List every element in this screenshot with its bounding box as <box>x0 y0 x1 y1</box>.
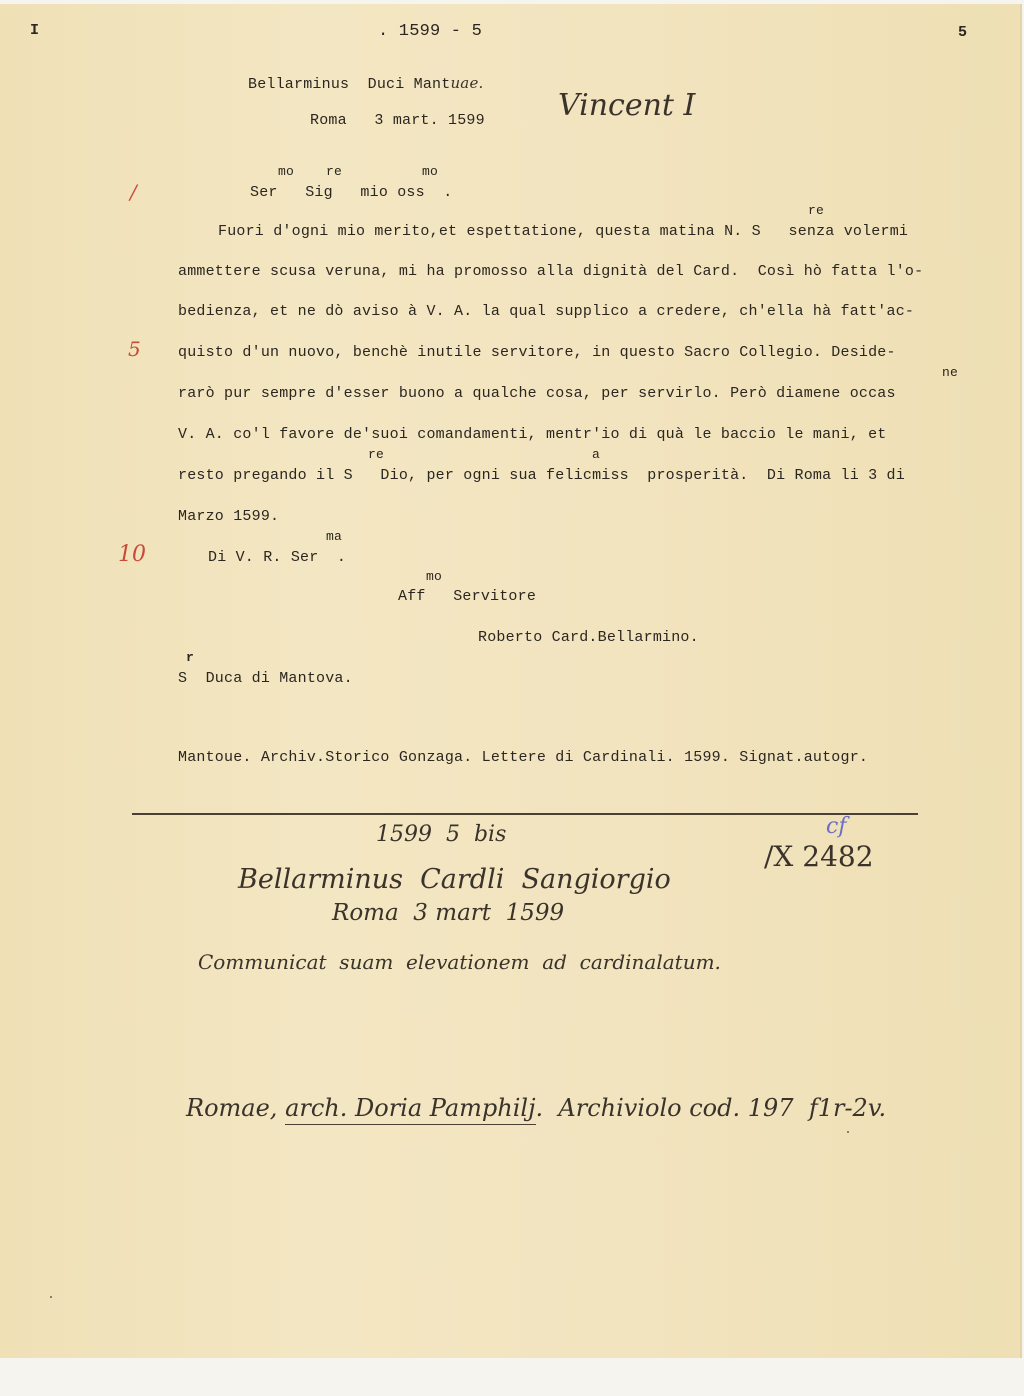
source-note: Mantoue. Archiv.Storico Gonzaga. Lettere… <box>178 749 868 766</box>
body-line-8: Marzo 1599. <box>178 508 279 525</box>
superscript: re <box>808 203 824 218</box>
margin-line-5: 5 <box>128 337 141 361</box>
hand-ref: 1599 5 bis <box>376 822 506 847</box>
body-line-3: bedienza, et ne dò aviso à V. A. la qual… <box>178 303 914 320</box>
salutation-superscripts: mo re mo <box>278 164 438 179</box>
superscript: ma <box>326 529 342 544</box>
archive-ref: . Archiviolo cod. 197 f1r-2v. <box>536 1094 887 1122</box>
hand-line-2: Roma 3 mart 1599 <box>332 900 564 926</box>
divider-line <box>132 813 918 815</box>
superscript: mo <box>426 569 442 584</box>
letter-title: Bellarminus Duci Mantuae. <box>248 74 484 93</box>
body-line-7: resto pregando il S Dio, per ogni sua fe… <box>178 467 905 484</box>
margin-line-1: / <box>130 180 137 204</box>
closing-servitore: Aff Servitore <box>398 588 536 605</box>
body-line-6: V. A. co'l favore de'suoi comandamenti, … <box>178 426 887 443</box>
left-marker: I <box>30 22 39 39</box>
body-line-5: rarò pur sempre d'esser buono a qualche … <box>178 385 896 402</box>
page-number: 5 <box>958 24 967 41</box>
body-line-1: Fuori d'ogni mio merito,et espettatione,… <box>218 223 908 240</box>
ink-speck <box>50 1296 52 1298</box>
ink-speck <box>847 1131 849 1133</box>
body-line-2: ammettere scusa veruna, mi ha promosso a… <box>178 263 923 280</box>
reference-number: . 1599 - 5 <box>378 22 482 41</box>
margin-line-10: 10 <box>118 542 146 567</box>
title-handwritten: uae. <box>450 74 483 92</box>
archive-city: Romae, <box>186 1094 277 1122</box>
document-page: I . 1599 - 5 5 Bellarminus Duci Mantuae.… <box>0 4 1022 1358</box>
superscript: r <box>186 650 194 665</box>
superscript: re a <box>368 447 600 462</box>
hand-line-3: Communicat suam elevationem ad cardinala… <box>198 950 721 974</box>
letter-date: Roma 3 mart. 1599 <box>310 112 485 129</box>
closing-line: Di V. R. Ser . <box>208 549 346 566</box>
addressee: S Duca di Mantova. <box>178 670 353 687</box>
hand-cf-mark: cf <box>826 814 846 839</box>
title-typed: Bellarminus Duci Mant <box>248 76 450 93</box>
body-line-4: quisto d'un nuovo, benchè inutile servit… <box>178 344 896 361</box>
archive-note: Romae, arch. Doria Pamphilj. Archiviolo … <box>186 1094 886 1122</box>
signature: Roberto Card.Bellarmino. <box>478 629 699 646</box>
archive-name: arch. Doria Pamphilj <box>285 1094 535 1125</box>
salutation: Ser Sig mio oss . <box>250 184 452 201</box>
superscript: ne <box>942 365 958 380</box>
handwritten-note-vincent: Vincent I <box>558 88 695 123</box>
catalog-number: /X 2482 <box>764 840 874 873</box>
hand-line-1: Bellarminus Cardli Sangiorgio <box>238 864 671 895</box>
